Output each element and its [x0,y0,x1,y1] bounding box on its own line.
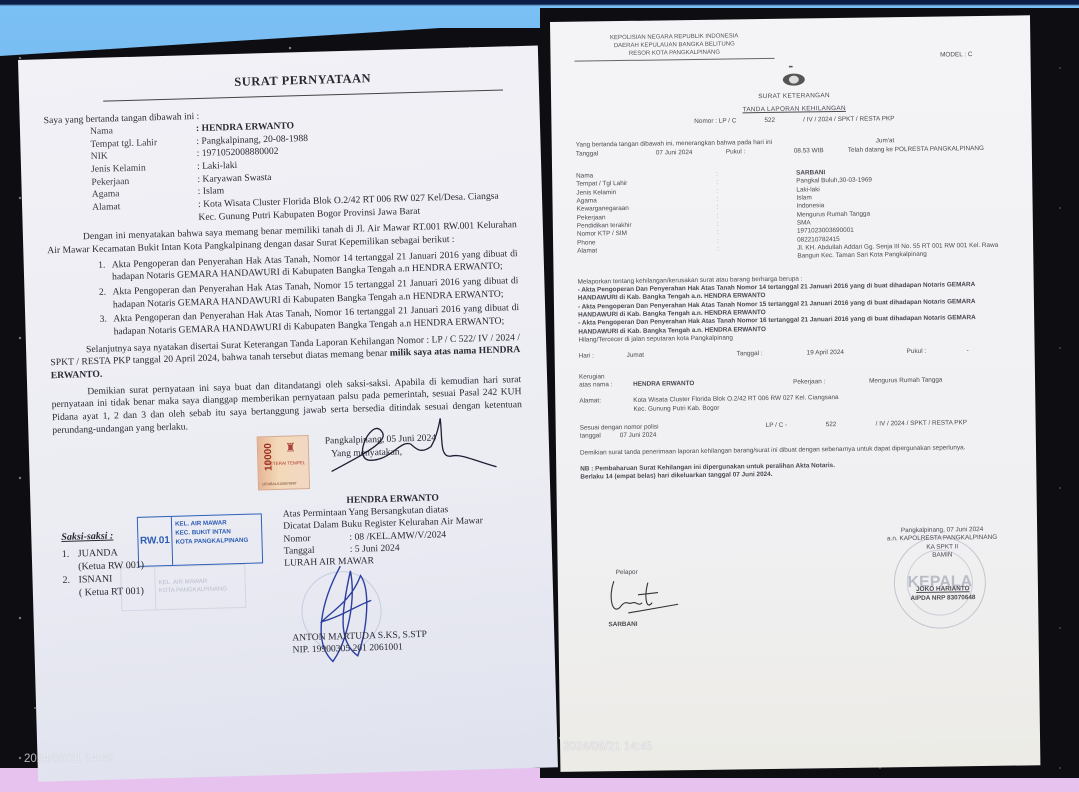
official-nip: NIP. 19900305 201 2061001 [292,641,427,657]
nomor-label: Nomor : LP / C [694,117,736,126]
org-line: RESOR KOTA PANGKALPINANG [574,48,774,59]
timestamp-left: 2024/06/21 14:45 [24,753,114,765]
arrival-text: Telah datang ke POLRESTA PANGKALPINANG [848,145,984,155]
signature-sarbani [608,576,689,617]
closing-text: Demikian surat tanda penerimaan laporan … [580,443,1018,457]
incident-time: - [967,347,969,355]
police-emblem-icon: ••• [779,65,809,89]
police-org-header: KEPOLISIAN NEGARA REPUBLIK INDONESIA DAE… [574,33,774,62]
model-label: MODEL : C [940,51,973,60]
garuda-icon: ♜ [285,440,296,456]
register-block: Atas Permintaan Yang Bersangkutan diatas… [283,503,484,570]
officer-signature: Pangkalpinang, 07 Juni 2024 a.n. KAPOLRE… [887,526,998,604]
rw-stamp: RW.01 KEL. AIR MAWAR KEC. BUKIT INTAN KO… [137,513,263,566]
witness-list: Saksi-saksi : 1.JUANDA (Ketua RW 001) 2.… [61,529,145,600]
paragraph-closing: Demikian surat pernyataan ini saya buat … [51,374,522,438]
nomor-suffix: / IV / 2024 / SPKT / RESTA PKP [803,115,895,125]
rw-stamp-line: KOTA PANGKALPINANG [175,537,248,548]
report-section: Melaporkan tentang kehilangan/kerusakan … [578,272,1017,345]
duty-stamp-serial: 107ABALX100076697 [262,482,297,488]
reporter-signature: Pelapor SARBANI [608,568,689,629]
official-block: ANTON MARTUDA S.KS, S.STP NIP. 19900305 … [292,629,427,657]
identity-fields: NamaHENDRA ERWANTO Tempat tgl. LahirPang… [90,114,517,227]
pukul-label: Pukul : [726,147,794,156]
police-number-section: Sesuai dengan nomor polisi LP / C - 522 … [580,418,1018,441]
officer-line: a.n. KAPOLRESTA PANGKALPINANG [887,534,997,544]
tanggal-value: 07 Juni 2024 [656,148,726,157]
surat-keterangan-document: KEPOLISIAN NEGARA REPUBLIK INDONESIA DAE… [550,15,1040,772]
field-label: Alamat [92,199,199,227]
tanggal-label: Tanggal [576,149,656,158]
document-title: SURAT PERNYATAAN [103,66,504,101]
reporter-sig-name: SARBANI [608,620,688,629]
reporter-fields: Nama:SARBANI Tempat / Tgl Lahir:Pangkal … [576,167,1015,265]
pukul-value: 08.53 WIB [794,147,848,156]
loss-section: Kerugian atas nama : HENDRA ERWANTO Peke… [579,367,1018,414]
duty-stamp-label: METERAI TEMPEL [266,460,305,467]
officer-rank: AIPDA NRP 83070648 [888,593,998,603]
witness-heading: Saksi-saksi : [61,529,143,544]
nomor-num: 522 [764,117,775,125]
signature-block: Pangkalpinang, 05 Juni 2024 Yang menyata… [325,430,525,507]
incident-day: Jumat [627,351,737,361]
ownership-list: Akta Pengoperan dan Penyerahan Hak Atas … [108,248,520,339]
incident-row: Hari : Jumat Tanggal : 19 April 2024 Puk… [579,347,1017,361]
timestamp-right: 2024/06/21 14:45 [563,741,653,753]
surat-pernyataan-document: SURAT PERNYATAAN Saya yang bertanda tang… [18,45,558,781]
loss-owner-name: HENDRA ERWANTO [633,379,793,390]
witness-role: ( Ketua RT 001) [79,585,145,600]
duty-stamp: 10000 ♜ METERAI TEMPEL 107ABALX100076697 [257,435,310,490]
incident-date: 19 April 2024 [807,348,907,358]
intro-day: Jum'at [876,138,895,147]
loss-owner-job: Mengurus Rumah Tangga [869,376,943,385]
